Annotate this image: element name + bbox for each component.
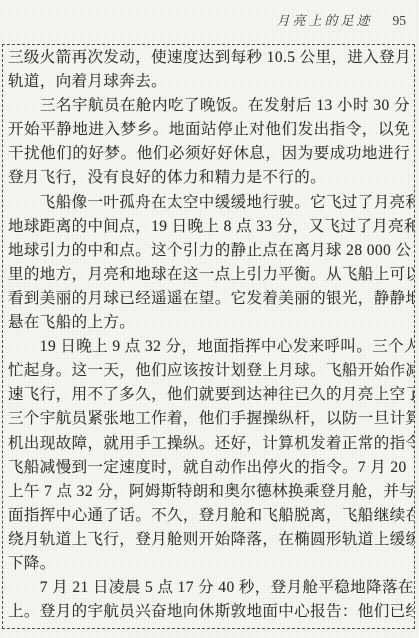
- text-block: 三级火箭再次发动，使速度达到每秒 10.5 公里，进入登月轨道，向着月球奔去。 …: [2, 44, 415, 629]
- text-line: 19 日晚上 9 点 32 分，地面指挥中心发来呼叫。三个人急: [8, 335, 410, 359]
- scanned-page: 月亮上的足迹95 三级火箭再次发动，使速度达到每秒 10.5 公里，进入登月轨道…: [0, 0, 419, 638]
- text-line: 上。登月的宇航员兴奋地向休斯敦地面中心报告：他们已经: [8, 600, 410, 624]
- text-line: 机出现故障，就用手工操纵。还好，计算机发着正常的指令，: [8, 432, 410, 456]
- text-line: 速飞行，用不了多久，他们就要到达神往已久的月亮上空了。: [8, 383, 410, 407]
- text-line: 地球距离的中间点，19 日晚上 8 点 33 分，又飞过了月亮和: [8, 215, 410, 239]
- text-line: 面指挥中心通了话。不久，登月舱和飞船脱离，飞船继续在: [8, 504, 410, 528]
- text-line: 飞船减慢到一定速度时，就自动作出停火的指令。7 月 20 日: [8, 456, 410, 480]
- text-line: 看到美丽的月球已经遥遥在望。它发着美丽的银光，静静地: [8, 287, 410, 311]
- text-line: 上午 7 点 32 分，阿姆斯特朗和奥尔德林换乘登月舱，并与地: [8, 480, 410, 504]
- text-line: 干扰他们的好梦。他们必须好好休息，因为要成功地进行: [8, 142, 410, 166]
- text-line: 轨道，向着月球奔去。: [8, 70, 410, 94]
- text-line: 登月飞行，没有良好的体力和精力是不行的。: [8, 166, 410, 190]
- text-line: 三名宇航员在舱内吃了晚饭。在发射后 13 小时 30 分: [8, 94, 410, 118]
- text-line: 飞船像一叶孤舟在太空中缓缓地行驶。它飞过了月亮和: [8, 191, 410, 215]
- text-line: 下降。: [8, 552, 410, 576]
- text-line: 里的地方，月亮和地球在这一点上引力平衡。从飞船上可以: [8, 263, 410, 287]
- text-line: 7 月 21 日凌晨 5 点 17 分 40 秒，登月舱平稳地降落在月球: [8, 576, 410, 600]
- text-line: 地球引力的中和点。这个引力的静止点在离月球 28 000 公: [8, 239, 410, 263]
- page-header: 月亮上的足迹95: [276, 10, 406, 28]
- running-title: 月亮上的足迹: [276, 13, 372, 28]
- page-number: 95: [393, 13, 407, 28]
- text-line: 三级火箭再次发动，使速度达到每秒 10.5 公里，进入登月: [8, 46, 410, 70]
- text-line: 绕月轨道上飞行，登月舱则开始降落，在椭圆形轨道上缓缓: [8, 528, 410, 552]
- text-line: 忙起身。这一天，他们应该按计划登上月球。飞船开始作减: [8, 359, 410, 383]
- text-line: 开始平静地进入梦乡。地面站停止对他们发出指令，以免: [8, 118, 410, 142]
- text-line: 悬在飞船的上方。: [8, 311, 410, 335]
- text-line: 三个宇航员紧张地工作着，他们手握操纵杆，以防一旦计算: [8, 407, 410, 431]
